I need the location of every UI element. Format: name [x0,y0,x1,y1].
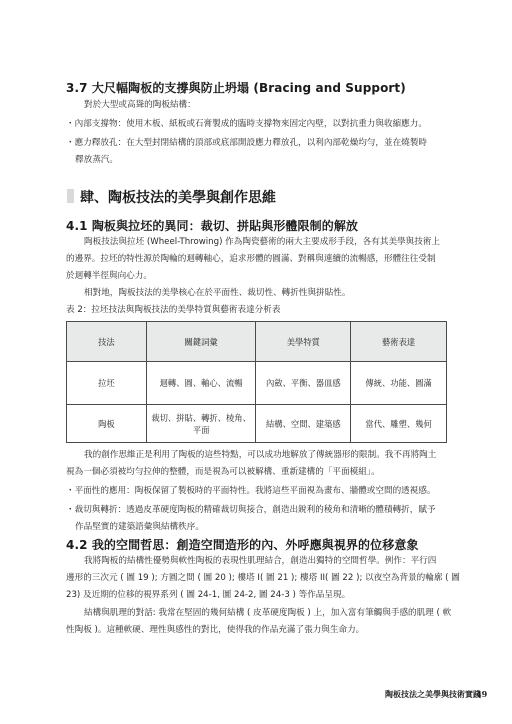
section-4-2-heading: 4.2 我的空間哲思：創造空間造形的內、外呼應與視界的位移意象 [66,536,419,553]
bullet-stress-relief-line2: 釋放蒸汽。 [75,153,118,167]
page-number: 49 [476,689,487,699]
bullet-cutting-line1: ・裁切與轉折：透過皮革硬度陶板的精確裁切與接合，創造出銳利的稜角和清晰的體積轉折… [66,503,436,517]
table-cell: 拉坯 [67,362,147,405]
table-header-row: 技法 關鍵詞彙 美學特質 藝術表達 [67,322,447,362]
section-4-1-para3-line2: 視為一個必須被均勻拉伸的整體，而是視為可以被解構、重新建構的「平面模組」。 [66,465,380,479]
table-cell: 內斂、平衡、器皿感 [256,362,351,405]
table-cell: 陶板 [67,405,147,443]
table-row: 陶板 裁切、拼貼、轉折、棱角、 平面 結構、空間、建築感 當代、雕塑、幾何 [67,405,447,443]
section-4-1-para1-line3: 於迴轉半徑與向心力。 [66,269,152,283]
table-row: 拉坯 迴轉、圓、軸心、流暢 內斂、平衡、器皿感 傳統、功能、圓滿 [67,362,447,405]
comparison-table: 技法 關鍵詞彙 美學特質 藝術表達 拉坯 迴轉、圓、軸心、流暢 內斂、平衡、器皿… [66,321,447,443]
section-4-2-para1-line3: 23) 及近期的位移的視界系列 ( 圖 24-1, 圖 24-2, 圖 24-3… [66,588,350,602]
table-cell-line: 平面 [150,424,253,436]
section-4-2-para1-line1: 我將陶板的結構性優勢與軟性陶板的表現性肌理結合，創造出獨特的空間哲學。例作：平行… [84,554,436,568]
table-cell-line: 裁切、拼貼、轉折、棱角、 [150,412,253,424]
section-4-1-para1-line2: 的邊界。拉坯的特性源於陶輪的迴轉軸心，追求形體的圓滿、對稱與連續的流暢感，形體往… [66,252,436,266]
table-caption: 表 2：拉坯技法與陶板技法的美學特質與藝術表達分析表 [66,303,280,317]
table-cell: 裁切、拼貼、轉折、棱角、 平面 [146,405,256,443]
running-footer-title: 陶板技法之美學與技術實踐 [385,689,481,700]
chapter-marker-bar [67,189,74,203]
section-3-7-intro: 對於大型或高聳的陶板結構： [84,98,196,112]
section-4-1-para2: 相對地，陶板技法的美學核心在於平面性、裁切性、轉折性與拼貼性。 [84,286,350,300]
bullet-planarity: ・平面性的應用：陶板保留了製板時的平面特性。我將這些平面視為畫布、牆體或空間的透… [66,484,436,498]
bullet-internal-support: ・內部支撐物：使用木板、紙板或石膏製成的臨時支撐物來固定內壁，以對抗重力與收縮應… [66,117,427,131]
table-cell: 結構、空間、建築感 [256,405,351,443]
table-cell: 傳統、功能、圓滿 [351,362,447,405]
bullet-cutting-line2: 作品堅實的建築語彙與結構秩序。 [75,520,204,534]
table-cell: 迴轉、圓、軸心、流暢 [146,362,256,405]
bullet-stress-relief-line1: ・應力釋放孔：在大型封閉結構的頂部或底部開設應力釋放孔，以利內部乾燥均勻，並在燒… [66,136,427,150]
section-4-1-heading: 4.1 陶板與拉坯的異同：裁切、拼貼與形體限制的解放 [66,217,358,234]
table-header-cell: 關鍵詞彙 [146,322,256,362]
section-4-1-para3-line1: 我的創作思維正是利用了陶板的這些特點，可以成功地解放了傳統器形的限制。我不再將陶… [84,448,436,462]
section-4-1-para1-line1: 陶板技法與拉坯 (Wheel-Throwing) 作為陶瓷藝術的兩大主要成形手段… [84,235,440,249]
section-3-7-heading: 3.7 大尺幅陶板的支撐與防止坍塌 (Bracing and Support) [66,79,406,96]
table-cell: 當代、雕塑、幾何 [351,405,447,443]
section-4-2-para1-line2: 邊形的三次元 ( 圖 19 ); 方圓之間 ( 圖 20 ); 樓塔 I( 圖 … [66,571,460,585]
table-header-cell: 技法 [67,322,147,362]
chapter-4-heading: 肆、陶板技法的美學與創作思維 [80,187,276,207]
section-4-2-para2-line2: 性陶板 )。這種軟硬、理性與感性的對比，使得我的作品充滿了張力與生命力。 [66,623,364,637]
table-header-cell: 藝術表達 [351,322,447,362]
section-4-2-para2-line1: 結構與肌理的對話: 我常在堅固的幾何結構 ( 皮革硬度陶板 ) 上，加入富有筆觸… [84,606,451,620]
table-header-cell: 美學特質 [256,322,351,362]
